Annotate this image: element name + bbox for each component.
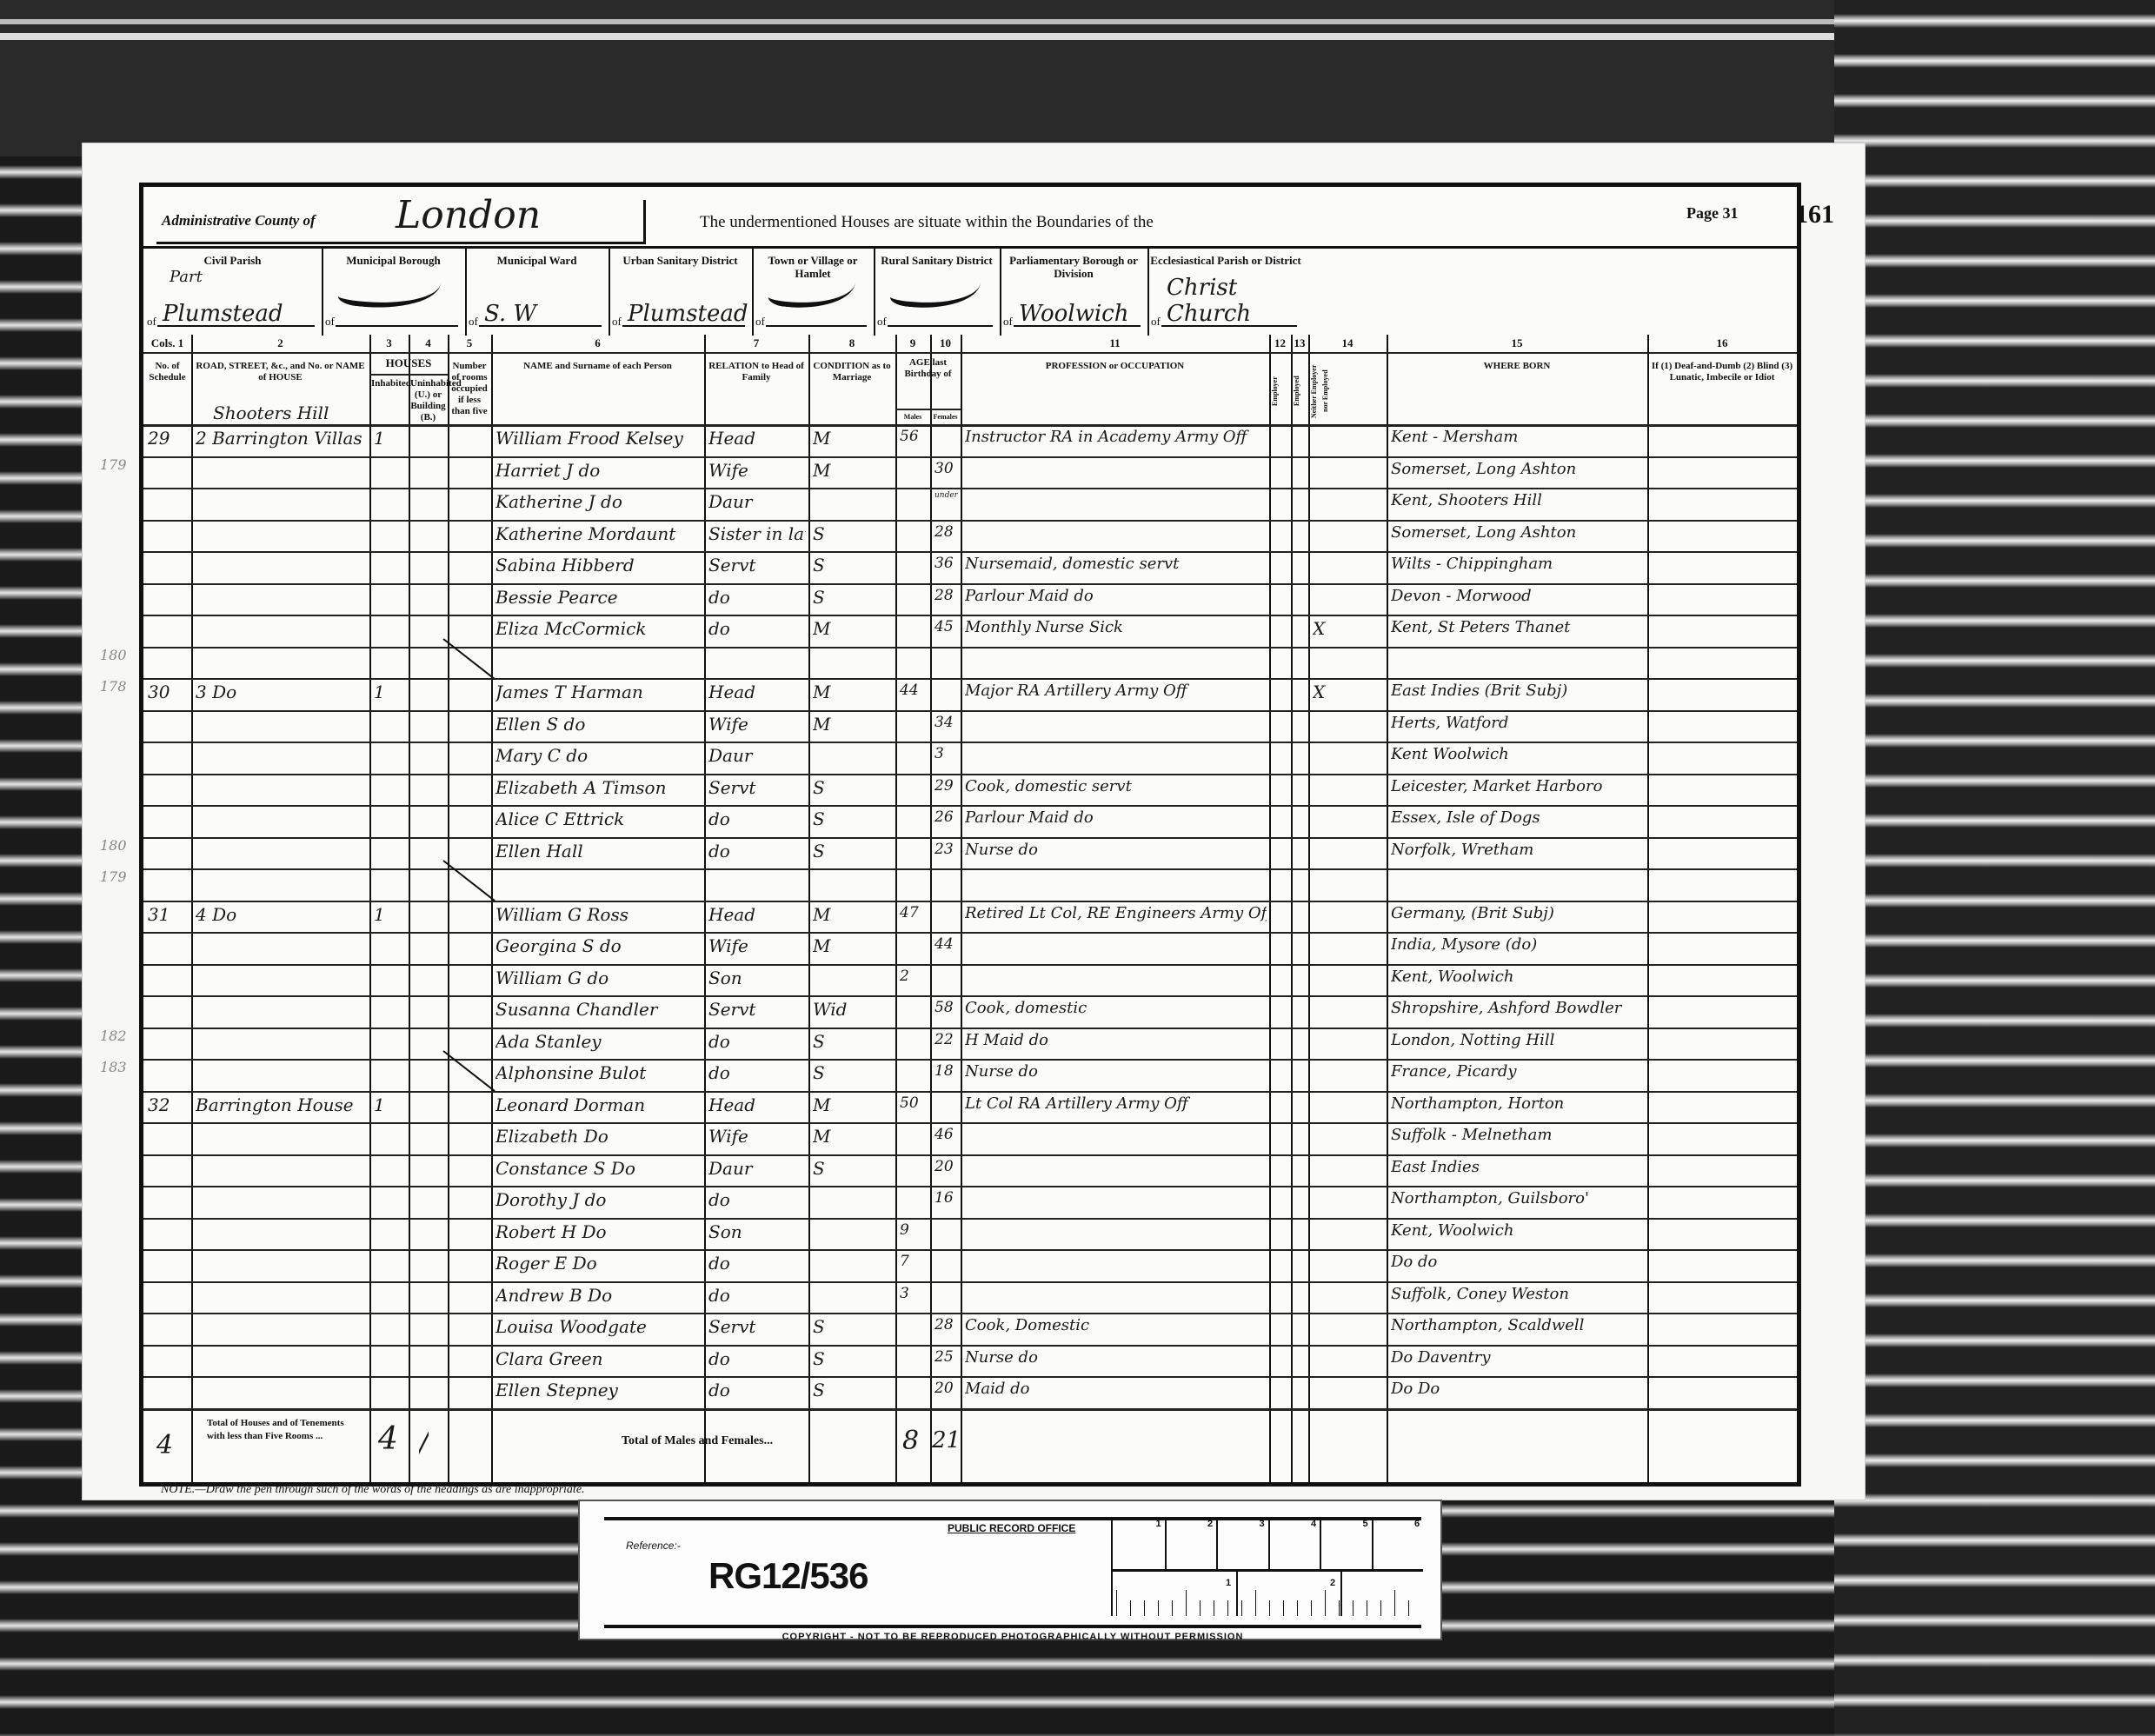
cell-relation: do	[708, 618, 806, 639]
cell-relation: Son	[708, 1221, 806, 1242]
strike-through-mark	[768, 265, 856, 314]
cell-name: Clara Green	[496, 1348, 702, 1369]
cell-born: Herts, Watford	[1391, 714, 1645, 732]
row-divider	[143, 1376, 1797, 1378]
cell-born: Kent, Woolwich	[1391, 1221, 1645, 1240]
scale-division	[1320, 1517, 1321, 1569]
copyright-notice: COPYRIGHT - NOT TO BE REPRODUCED PHOTOGR…	[604, 1632, 1421, 1642]
cell-name: Dorothy J do	[496, 1189, 702, 1210]
cell-condition: S	[813, 841, 893, 861]
cell-born: Norfolk, Wretham	[1391, 841, 1645, 859]
column-heading: WHERE BORN	[1388, 361, 1646, 372]
column-divider	[369, 335, 371, 1482]
row-divider	[143, 1345, 1797, 1347]
row-divider	[143, 932, 1797, 934]
column-number: Cols. 1	[143, 336, 191, 350]
cell-born: East Indies	[1391, 1158, 1645, 1176]
column-number: 3	[369, 336, 409, 350]
district-civil-parish: Civil ParishofPartPlumstead	[143, 249, 323, 336]
column-heading: If (1) Deaf-and-Dumb (2) Blind (3) Lunat…	[1649, 361, 1795, 383]
cell-relation: do	[708, 1189, 806, 1210]
scale-number: 4	[1311, 1519, 1316, 1529]
cell-relation: Servt	[708, 999, 806, 1020]
cell-condition: Wid	[813, 999, 893, 1020]
cell-occupation: Cook, domestic	[965, 999, 1267, 1017]
column-divider	[1308, 335, 1310, 1482]
row-divider	[143, 868, 1797, 870]
cell-relation: do	[708, 587, 806, 608]
scale-number: 5	[1363, 1519, 1368, 1529]
row-divider	[143, 774, 1797, 775]
district-of: of	[877, 315, 887, 329]
cell-neither: X	[1313, 618, 1384, 639]
cell-name: Katherine Mordaunt	[496, 523, 702, 544]
cell-female-age: 20	[934, 1158, 958, 1175]
cell-name: William G do	[496, 968, 702, 988]
row-divider	[143, 901, 1797, 902]
scale-mm-tick	[1130, 1600, 1131, 1616]
cell-occupation: Cook, Domestic	[965, 1316, 1267, 1334]
column-divider	[1647, 335, 1649, 1482]
column-number: 12	[1269, 336, 1291, 350]
scale-cm-division	[1340, 1569, 1342, 1616]
cell-name: Harriet J do	[496, 460, 702, 481]
scale-mm-tick	[1241, 1600, 1242, 1616]
cell-occupation: Retired Lt Col, RE Engineers Army Off	[965, 904, 1267, 922]
cell-occupation: Cook, domestic servt	[965, 777, 1267, 795]
scale-cm-number: 1	[1226, 1578, 1231, 1588]
column-heading: Uninhabited (U.) or Building (B.)	[410, 378, 446, 423]
scale-mm-tick	[1214, 1600, 1214, 1616]
district-value: Woolwich	[1019, 301, 1128, 327]
total-females: 21	[932, 1427, 961, 1453]
cell-relation: Sister in law	[708, 523, 806, 544]
footnote: NOTE.—Draw the pen through such of the w…	[161, 1483, 585, 1497]
census-table: Cols. 1No. of Schedule2ROAD, STREET, &c.…	[143, 335, 1797, 1482]
district-value: S. W	[484, 301, 536, 327]
header-number-line	[143, 352, 1797, 354]
cell-condition: S	[813, 587, 893, 608]
cell-name: Andrew B Do	[496, 1285, 702, 1306]
district-label: Ecclesiastical Parish or District	[1147, 254, 1304, 267]
scale-number: 2	[1207, 1519, 1213, 1529]
total-houses-label: Total of Houses and of Tenements with le…	[207, 1417, 363, 1443]
cell-occupation: Nurse do	[965, 1062, 1267, 1081]
cell-relation: Wife	[708, 460, 806, 481]
cell-relation: Servt	[708, 777, 806, 798]
cell-condition: M	[813, 428, 893, 449]
scan-border-right	[1834, 0, 2155, 1736]
margin-annotation: 178	[100, 678, 127, 695]
cell-relation: do	[708, 841, 806, 861]
cell-male-age: 50	[900, 1094, 928, 1112]
district-value: Plumstead	[163, 301, 283, 327]
cell-condition: M	[813, 460, 893, 481]
cell-relation: do	[708, 1062, 806, 1083]
scale-mm-tick	[1311, 1600, 1312, 1616]
district-of: of	[1003, 315, 1013, 329]
page-number: Page 31	[1686, 204, 1738, 223]
cell-female-age: 3	[934, 745, 958, 762]
cell-condition: S	[813, 1380, 893, 1400]
cell-male-age: 9	[900, 1221, 928, 1239]
cell-relation: Daur	[708, 1158, 806, 1179]
column-divider	[808, 335, 810, 1482]
cell-occupation: Parlour Maid do	[965, 587, 1267, 605]
row-divider	[143, 456, 1797, 458]
county-value: London	[396, 193, 541, 237]
scale-mm-tick	[1297, 1600, 1298, 1616]
district-line	[766, 325, 867, 327]
column-heading: Employed	[1291, 361, 1308, 422]
cell-female-age: 25	[934, 1348, 958, 1366]
cell-born: Wilts - Chippingham	[1391, 555, 1645, 573]
total-schedules: 4	[156, 1430, 173, 1460]
cell-born: Devon - Morwood	[1391, 587, 1645, 605]
cell-neither: X	[1313, 682, 1384, 702]
cell-name: Louisa Woodgate	[496, 1316, 702, 1337]
cell-occupation: Maid do	[965, 1380, 1267, 1398]
row-divider	[143, 1091, 1797, 1093]
cell-schedule: 32	[148, 1094, 189, 1115]
cell-born: Kent, St Peters Thanet	[1391, 618, 1645, 636]
cell-female-age: 45	[934, 618, 958, 635]
scale-mm-tick	[1144, 1600, 1145, 1616]
cell-relation: Daur	[708, 491, 806, 512]
cell-name: Robert H Do	[496, 1221, 702, 1242]
measurement-scale: 12345612	[1111, 1517, 1423, 1616]
cell-condition: M	[813, 1126, 893, 1147]
district-line	[888, 325, 993, 327]
cell-condition: S	[813, 1062, 893, 1083]
cell-female-age: 22	[934, 1031, 958, 1048]
district-of: of	[755, 315, 765, 329]
cell-relation: Wife	[708, 1126, 806, 1147]
row-divider	[143, 520, 1797, 522]
cell-born: Northampton, Horton	[1391, 1094, 1645, 1113]
cell-name: Katherine J do	[496, 491, 702, 512]
scale-number: 6	[1414, 1519, 1420, 1529]
cell-female-age: 28	[934, 587, 958, 604]
cell-name: Bessie Pearce	[496, 587, 702, 608]
cell-relation: Wife	[708, 935, 806, 956]
cell-address: 3 Do	[196, 682, 367, 702]
district-ecclesiastical-parish-or-district: Ecclesiastical Parish or DistrictofChris…	[1147, 249, 1304, 336]
house-end-mark	[442, 860, 495, 901]
cell-name: Ellen Hall	[496, 841, 702, 861]
folio-number: 161	[1795, 200, 1834, 229]
scale-mm-tick	[1269, 1600, 1270, 1616]
cell-address: 2 Barrington Villas	[196, 428, 367, 449]
scale-mm-tick	[1367, 1600, 1367, 1616]
column-number: 15	[1387, 336, 1647, 350]
margin-annotation: 180	[100, 837, 127, 854]
row-divider	[143, 1154, 1797, 1156]
cell-born: Do do	[1391, 1253, 1645, 1271]
row-divider	[143, 488, 1797, 489]
cell-male-age: 47	[900, 904, 928, 921]
scale-number: 1	[1156, 1519, 1161, 1529]
cell-born: Northampton, Scaldwell	[1391, 1316, 1645, 1334]
cell-condition: S	[813, 777, 893, 798]
column-number: 4	[409, 336, 448, 350]
cell-born: Kent, Woolwich	[1391, 968, 1645, 986]
cell-name: Ellen Stepney	[496, 1380, 702, 1400]
cell-born: Kent - Mersham	[1391, 428, 1645, 446]
district-rural-sanitary-district: Rural Sanitary Districtof	[874, 249, 1001, 336]
boundary-text: The undermentioned Houses are situate wi…	[700, 213, 1154, 232]
cell-born: Germany, (Brit Subj)	[1391, 904, 1645, 922]
column-number: 9	[895, 336, 930, 350]
column-heading: RELATION to Head of Family	[706, 361, 807, 383]
cell-relation: Head	[708, 904, 806, 925]
cell-condition: M	[813, 935, 893, 956]
column-divider	[704, 335, 706, 1482]
cell-name: Elizabeth A Timson	[496, 777, 702, 798]
cell-name: Alice C Ettrick	[496, 808, 702, 829]
district-municipal-borough: Municipal Boroughof	[322, 249, 467, 336]
district-of: of	[147, 315, 156, 329]
row-divider	[143, 710, 1797, 712]
district-label: Urban Sanitary District	[609, 254, 752, 267]
column-divider	[930, 335, 932, 1482]
cell-schedule: 31	[148, 904, 189, 925]
district-line	[336, 325, 458, 327]
margin-annotation: 183	[100, 1059, 127, 1075]
scale-division	[1372, 1517, 1373, 1569]
county-label: Administrative County of	[162, 212, 316, 229]
district-value: Christ Church	[1167, 275, 1304, 327]
cell-relation: do	[708, 808, 806, 829]
cell-relation: Daur	[708, 745, 806, 766]
cell-born: France, Picardy	[1391, 1062, 1645, 1081]
cell-address: 4 Do	[196, 904, 367, 925]
column-divider	[448, 335, 449, 1482]
cell-born: Kent, Shooters Hill	[1391, 491, 1645, 509]
cell-name: Roger E Do	[496, 1253, 702, 1274]
scale-division	[1216, 1517, 1218, 1569]
cell-schedule: 30	[148, 682, 189, 702]
column-divider	[1269, 335, 1271, 1482]
row-divider	[143, 583, 1797, 585]
scale-cm-division	[1236, 1569, 1238, 1616]
cell-male-age: 3	[900, 1285, 928, 1302]
total-houses-inhabited: 4	[378, 1421, 398, 1457]
row-divider	[143, 837, 1797, 839]
cell-relation: Head	[708, 428, 806, 449]
cell-name: Alphonsine Bulot	[496, 1062, 702, 1083]
street-heading: Shooters Hill	[213, 402, 329, 423]
column-divider	[491, 335, 493, 1482]
houses-group-heading: HOUSES	[369, 357, 448, 369]
cell-name: Sabina Hibberd	[496, 555, 702, 575]
cell-female-age: 28	[934, 523, 958, 541]
column-number: 14	[1308, 336, 1387, 350]
margin-annotation: 182	[100, 1028, 127, 1044]
scale-mm-tick	[1158, 1600, 1159, 1616]
column-number: 7	[704, 336, 808, 350]
cell-condition: S	[813, 1031, 893, 1052]
column-number: 5	[448, 336, 491, 350]
cell-inhabited: 1	[374, 904, 406, 925]
reference-label: Reference:-	[626, 1540, 681, 1552]
row-divider	[143, 1122, 1797, 1124]
column-divider	[191, 335, 193, 1482]
row-divider	[143, 1249, 1797, 1251]
scale-mm-tick	[1353, 1600, 1354, 1616]
column-number: 16	[1647, 336, 1797, 350]
cell-condition: M	[813, 682, 893, 702]
row-divider	[143, 551, 1797, 553]
cell-condition: S	[813, 1158, 893, 1179]
house-end-mark	[442, 638, 495, 680]
scale-mm-tick	[1186, 1590, 1187, 1616]
cell-occupation: H Maid do	[965, 1031, 1267, 1049]
cell-name: William G Ross	[496, 904, 702, 925]
scale-mm-tick	[1325, 1590, 1326, 1616]
column-heading: Employer	[1269, 361, 1291, 422]
cell-condition: M	[813, 1094, 893, 1115]
cell-female-age: 44	[934, 935, 958, 953]
row-divider	[143, 1408, 1797, 1411]
cell-male-age: 44	[900, 682, 928, 699]
cell-born: Somerset, Long Ashton	[1391, 523, 1645, 542]
margin-annotation: 179	[100, 868, 127, 885]
scan-border-top	[0, 0, 2155, 156]
row-divider	[143, 995, 1797, 997]
cell-born: Kent Woolwich	[1391, 745, 1645, 763]
total-houses-uninhabited: /	[419, 1426, 429, 1459]
cell-female-age: 20	[934, 1380, 958, 1397]
column-number: 8	[808, 336, 895, 350]
scale-mm-tick	[1339, 1600, 1340, 1616]
cell-name: Susanna Chandler	[496, 999, 702, 1020]
age-subhead-line	[895, 409, 961, 410]
column-divider	[1291, 335, 1293, 1482]
cell-condition: M	[813, 618, 893, 639]
cell-born: Shropshire, Ashford Bowdler	[1391, 999, 1645, 1017]
scale-mm-tick	[1200, 1600, 1201, 1616]
row-divider	[143, 1281, 1797, 1283]
scale-number: 3	[1260, 1519, 1265, 1529]
scale-mm-tick	[1172, 1600, 1173, 1616]
district-value: Plumstead	[628, 301, 748, 327]
record-office-label: PUBLIC RECORD OFFICE	[948, 1522, 1075, 1534]
district-label: Civil Parish	[143, 254, 322, 267]
cell-condition: S	[813, 1316, 893, 1337]
cell-name: James T Harman	[496, 682, 702, 702]
cell-female-age: 36	[934, 555, 958, 572]
cell-relation: Servt	[708, 555, 806, 575]
row-divider	[143, 647, 1797, 649]
column-number: 2	[191, 336, 369, 350]
district-urban-sanitary-district: Urban Sanitary DistrictofPlumstead	[609, 249, 754, 336]
column-number: 11	[961, 336, 1269, 350]
cell-occupation: Nurse do	[965, 841, 1267, 859]
row-divider	[143, 1186, 1797, 1187]
column-heading: Males	[897, 411, 928, 422]
district-of: of	[325, 315, 335, 329]
column-heading: Neither Employer nor Employed	[1308, 361, 1387, 422]
cell-name: Eliza McCormick	[496, 618, 702, 639]
column-heading: NAME and Surname of each Person	[493, 361, 702, 372]
reference-code: RG12/536	[708, 1555, 868, 1597]
scale-mm-tick	[1227, 1600, 1228, 1616]
margin-annotation: 180	[100, 647, 127, 663]
column-heading: Females	[932, 411, 959, 422]
cell-relation: Head	[708, 682, 806, 702]
column-divider	[961, 335, 962, 1482]
cell-born: Northampton, Guilsboro'	[1391, 1189, 1645, 1207]
census-form: Administrative County of London The unde…	[139, 183, 1801, 1487]
cell-female-age: 30	[934, 460, 958, 477]
scale-division	[1268, 1517, 1270, 1569]
cell-male-age: 7	[900, 1253, 928, 1270]
district-parliamentary-borough-or-division: Parliamentary Borough or DivisionofWoolw…	[1000, 249, 1149, 336]
house-end-mark	[442, 1050, 495, 1092]
cell-relation: do	[708, 1253, 806, 1274]
cell-born: Do Daventry	[1391, 1348, 1645, 1367]
cell-born: Essex, Isle of Dogs	[1391, 808, 1645, 827]
cell-name: Elizabeth Do	[496, 1126, 702, 1147]
cell-female-age: 46	[934, 1126, 958, 1143]
cell-condition: S	[813, 523, 893, 544]
row-divider	[143, 1313, 1797, 1314]
cell-name: Georgina S do	[496, 935, 702, 956]
age-group-heading: AGE last Birthday of	[895, 357, 961, 380]
cell-name: Constance S Do	[496, 1158, 702, 1179]
district-of: of	[469, 315, 478, 329]
column-heading: Inhabited	[371, 378, 407, 389]
cell-name: Ellen S do	[496, 714, 702, 735]
cell-occupation: Instructor RA in Academy Army Off	[965, 428, 1267, 446]
row-divider	[143, 615, 1797, 616]
scale-mm-tick	[1116, 1590, 1117, 1616]
cell-female-age: 29	[934, 777, 958, 795]
cell-relation: do	[708, 1031, 806, 1052]
column-heading: Number of rooms occupied if less than fi…	[449, 361, 489, 417]
cell-occupation: Major RA Artillery Army Off	[965, 682, 1267, 700]
cell-relation: Head	[708, 1094, 806, 1115]
cell-male-age: 2	[900, 968, 928, 985]
cell-occupation: Monthly Nurse Sick	[965, 618, 1267, 636]
cell-female-age: 23	[934, 841, 958, 858]
cell-born: London, Notting Hill	[1391, 1031, 1645, 1049]
cell-relation: do	[708, 1348, 806, 1369]
district-sub-value: Part	[170, 268, 203, 286]
column-number: 6	[491, 336, 704, 350]
cell-occupation: Nurse do	[965, 1348, 1267, 1367]
cell-relation: Wife	[708, 714, 806, 735]
cell-occupation: Parlour Maid do	[965, 808, 1267, 827]
scale-division	[1165, 1517, 1167, 1569]
district-of: of	[1151, 315, 1161, 329]
row-divider	[143, 805, 1797, 807]
cell-male-age: 56	[900, 428, 928, 445]
cell-born: Suffolk, Coney Weston	[1391, 1285, 1645, 1303]
district-of: of	[612, 315, 622, 329]
column-divider	[895, 335, 897, 1482]
cell-name: William Frood Kelsey	[496, 428, 702, 449]
scale-mm-tick	[1283, 1600, 1284, 1616]
total-males: 8	[902, 1426, 919, 1456]
cell-schedule: 29	[148, 428, 189, 449]
column-heading: PROFESSION or OCCUPATION	[962, 361, 1267, 372]
cell-relation: do	[708, 1285, 806, 1306]
cell-relation: Servt	[708, 1316, 806, 1337]
district-label: Municipal Ward	[465, 254, 609, 267]
scale-mm-tick	[1255, 1590, 1256, 1616]
